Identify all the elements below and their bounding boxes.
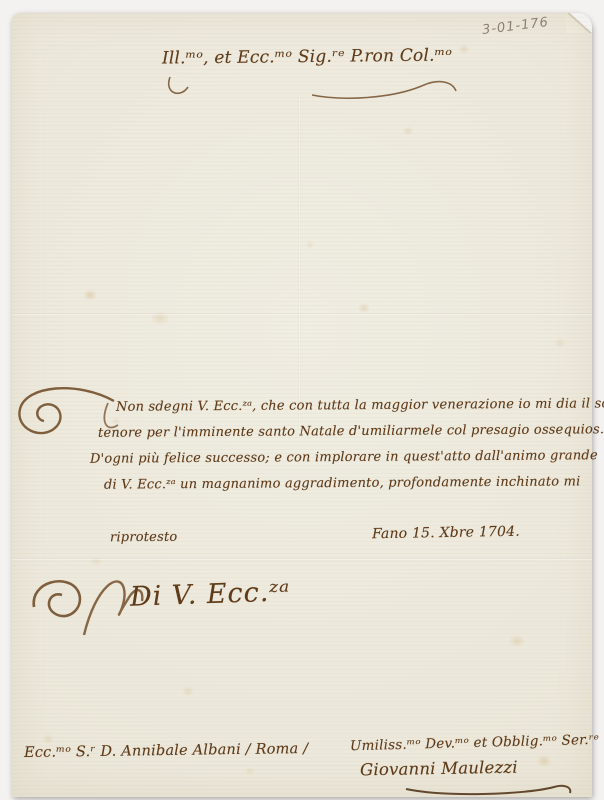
signature-underline-flourish xyxy=(404,781,574,797)
closing-flourish-block: Di V. Ecc.ᶻᵃ xyxy=(24,565,290,655)
vertical-fold-crease xyxy=(298,93,301,423)
horizontal-fold-crease xyxy=(12,313,592,316)
salutation-swash-flourish xyxy=(162,71,462,101)
paper-sheet: 3-01-176 Ill.ᵐᵒ, et Ecc.ᵐᵒ Sig.ʳᵉ P.ron … xyxy=(12,13,592,797)
closing-spiral-flourish xyxy=(24,565,144,655)
body-line: D'ogni più felice successo; e con implor… xyxy=(90,448,598,467)
body-line: Non sdegni V. Ecc.ᶻᵃ, che con tutta la m… xyxy=(116,396,604,415)
body-line: tenore per l'imminente santo Natale d'um… xyxy=(98,422,604,441)
salutation-line: Ill.ᵐᵒ, et Ecc.ᵐᵒ Sig.ʳᵉ P.ron Col.ᵐᵒ xyxy=(152,45,462,68)
address-line: Ecc.ᵐᵒ S.ʳ D. Annibale Albani / Roma / xyxy=(24,741,309,761)
paper-corner-fold xyxy=(566,13,592,33)
signature-courtesy-line: Umiliss.ᵐᵒ Dev.ᵐᵒ et Obblig.ᵐᵒ Ser.ʳᵉ xyxy=(350,732,600,755)
catalog-number: 3-01-176 xyxy=(481,15,549,38)
dateline: Fano 15. Xbre 1704. xyxy=(372,524,520,543)
horizontal-fold-crease xyxy=(12,558,592,561)
scanned-letter: 3-01-176 Ill.ᵐᵒ, et Ecc.ᵐᵒ Sig.ʳᵉ P.ron … xyxy=(0,0,604,800)
closing-abbreviation: Di V. Ecc.ᶻᵃ xyxy=(130,576,291,613)
body-line: di V. Ecc.ᶻᵃ un magnanimo aggradimento, … xyxy=(104,474,581,492)
body-line: riprotesto xyxy=(110,530,177,545)
signature-name: Giovanni Maulezzi xyxy=(360,758,518,780)
